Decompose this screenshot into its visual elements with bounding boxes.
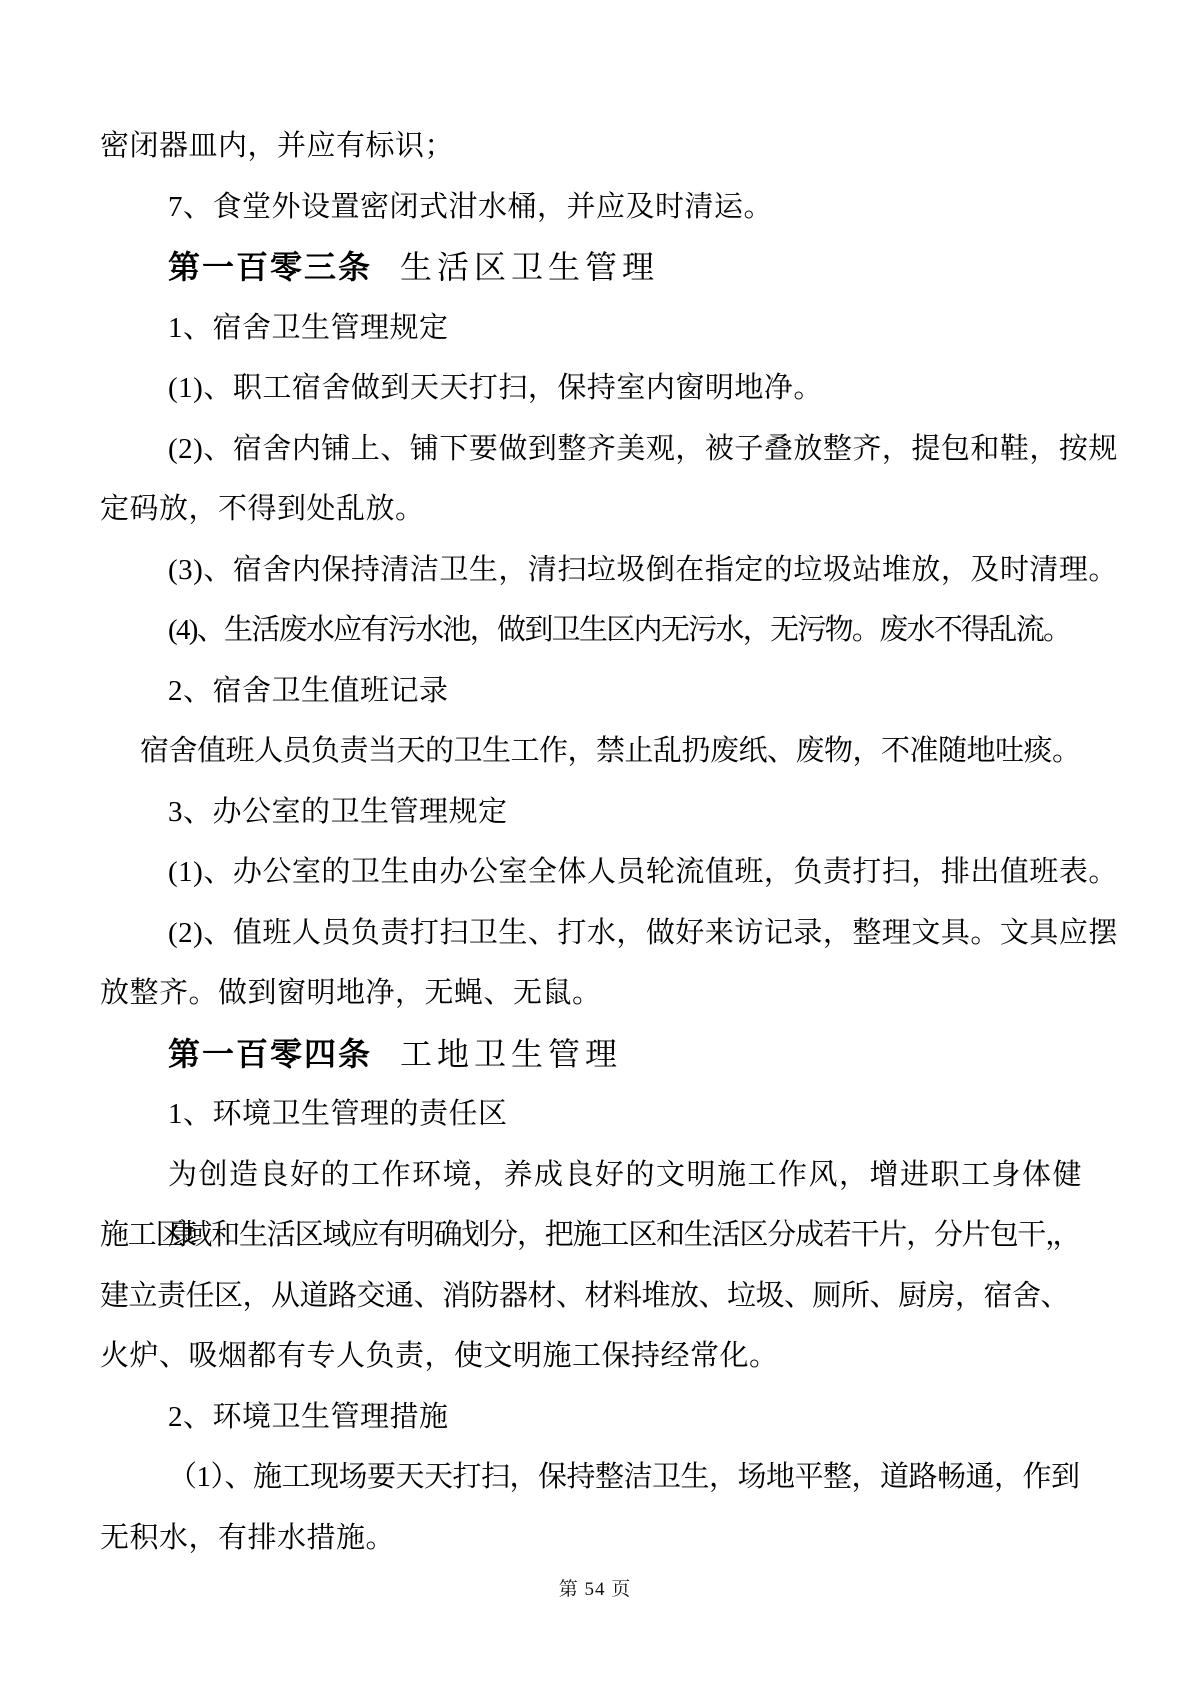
text-line: 宿舍值班人员负责当天的卫生工作，禁止乱扔废纸、废物，不准随地吐痰。 [100, 721, 1082, 782]
article-heading: 第一百零四条工地卫生管理 [100, 1024, 1082, 1085]
text-line: 1、环境卫生管理的责任区 [100, 1084, 1082, 1145]
text-line: 1、宿舍卫生管理规定 [100, 298, 1082, 359]
article-heading: 第一百零三条生活区卫生管理 [100, 237, 1082, 298]
text-line: (3)、宿舍内保持清洁卫生，清扫垃圾倒在指定的垃圾站堆放，及时清理。 [100, 540, 1082, 601]
text-line: (1)、职工宿舍做到天天打扫，保持室内窗明地净。 [100, 358, 1082, 419]
document-page: 密闭器皿内，并应有标识； 7、食堂外设置密闭式泔水桶，并应及时清运。 第一百零三… [0, 0, 1190, 1683]
text-line: 火炉、吸烟都有专人负责，使文明施工保持经常化。 [100, 1326, 1082, 1387]
text-line: (2)、宿舍内铺上、铺下要做到整齐美观，被子叠放整齐，提包和鞋，按规 [100, 419, 1082, 480]
document-body: 密闭器皿内，并应有标识； 7、食堂外设置密闭式泔水桶，并应及时清运。 第一百零三… [100, 116, 1082, 1568]
text-line: (1)、办公室的卫生由办公室全体人员轮流值班，负责打扫，排出值班表。 [100, 842, 1082, 903]
text-line: （1）、施工现场要天天打扫，保持整洁卫生，场地平整，道路畅通，作到 [100, 1447, 1082, 1508]
text-line: 放整齐。做到窗明地净，无蝇、无鼠。 [100, 963, 1082, 1024]
text-line: 为创造良好的工作环境，养成良好的文明施工作风，增进职工身体健康， [100, 1145, 1082, 1206]
text-line: 3、办公室的卫生管理规定 [100, 782, 1082, 843]
text-line: (2)、值班人员负责打扫卫生、打水，做好来访记录，整理文具。文具应摆 [100, 903, 1082, 964]
text-line: 密闭器皿内，并应有标识； [100, 116, 1082, 177]
article-title: 工地卫生管理 [400, 1036, 622, 1072]
page-footer: 第 54 页 [0, 1572, 1190, 1608]
text-line: (4)、生活废水应有污水池，做到卫生区内无污水，无污物。废水不得乱流。 [100, 600, 1082, 661]
page-number: 第 54 页 [559, 1579, 632, 1600]
article-title: 生活区卫生管理 [400, 249, 659, 285]
text-line: 定码放，不得到处乱放。 [100, 479, 1082, 540]
text-line: 建立责任区，从道路交通、消防器材、材料堆放、垃圾、厕所、厨房，宿舍、 [100, 1266, 1082, 1327]
article-number: 第一百零四条 [168, 1036, 372, 1072]
text-line: 无积水，有排水措施。 [100, 1508, 1082, 1569]
text-line: 施工区域和生活区域应有明确划分，把施工区和生活区分成若干片，分片包干， [100, 1205, 1082, 1266]
article-number: 第一百零三条 [168, 249, 372, 285]
text-line: 7、食堂外设置密闭式泔水桶，并应及时清运。 [100, 177, 1082, 238]
text-line: 2、宿舍卫生值班记录 [100, 661, 1082, 722]
text-line: 2、环境卫生管理措施 [100, 1387, 1082, 1448]
